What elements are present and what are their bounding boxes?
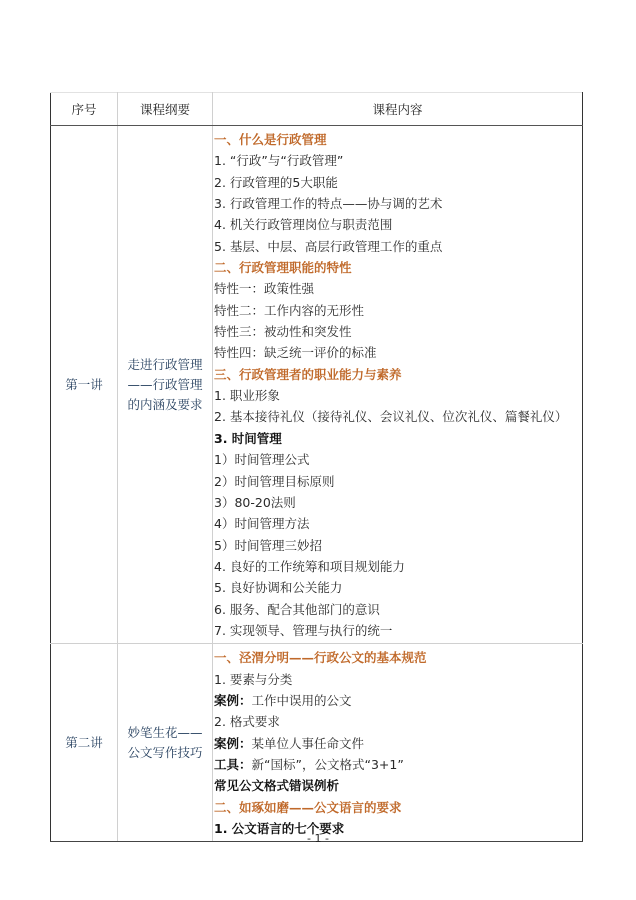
content-line: 特性二：工作内容的无形性 [214,300,582,321]
section-heading: 三、行政管理者的职业能力与素养 [214,364,582,385]
content-line: 3）80-20法则 [214,492,582,513]
content-line: 工具：新“国标”，公文格式“3+1” [214,754,582,775]
content-line: 3. 行政管理工作的特点——协与调的艺术 [214,193,582,214]
content-line: 常见公文格式错误例析 [214,775,582,796]
content-line: 6. 服务、配合其他部门的意识 [214,599,582,620]
content-line: 2. 基本接待礼仪（接待礼仪、会议礼仪、位次礼仪、篇餐礼仪） [214,406,582,427]
content-line: 1. 职业形象 [214,385,582,406]
lecture-number: 第一讲 [51,126,118,644]
section-heading: 二、行政管理职能的特性 [214,257,582,278]
line-text: 新“国标”，公文格式“3+1” [252,757,404,772]
content-line: 特性四：缺乏统一评价的标准 [214,342,582,363]
content-line: 2. 行政管理的5大职能 [214,172,582,193]
content-line: 特性三：被动性和突发性 [214,321,582,342]
section-heading: 一、什么是行政管理 [214,129,582,150]
content-line: 特性一：政策性强 [214,278,582,299]
lecture-content: 一、什么是行政管理1. “行政”与“行政管理”2. 行政管理的5大职能3. 行政… [213,126,583,644]
content-line: 1）时间管理公式 [214,449,582,470]
content-line: 5）时间管理三妙招 [214,535,582,556]
content-line: 案例：某单位人事任命文件 [214,733,582,754]
section-heading: 一、泾渭分明——行政公文的基本规范 [214,647,582,668]
lecture-number: 第二讲 [51,644,118,842]
content-line: 4. 机关行政管理岗位与职责范围 [214,214,582,235]
header-content: 课程内容 [213,93,583,126]
course-table: 序号 课程纲要 课程内容 第一讲 走进行政管理——行政管理的内涵及要求 一、什么… [50,92,583,842]
content-line: 2）时间管理目标原则 [214,471,582,492]
content-line: 5. 基层、中层、高层行政管理工作的重点 [214,236,582,257]
page-number: - 1 - [0,832,636,845]
header-index: 序号 [51,93,118,126]
content-line: 1. 要素与分类 [214,669,582,690]
line-label: 案例： [214,736,252,751]
lecture-content: 一、泾渭分明——行政公文的基本规范1. 要素与分类案例：工作中误用的公文2. 格… [213,644,583,842]
header-outline: 课程纲要 [118,93,213,126]
content-line: 5. 良好协调和公关能力 [214,577,582,598]
section-heading: 二、如琢如磨——公文语言的要求 [214,797,582,818]
content-line: 1. “行政”与“行政管理” [214,150,582,171]
content-line: 案例：工作中误用的公文 [214,690,582,711]
lecture-outline: 妙笔生花——公文写作技巧 [118,644,213,842]
content-line: 3. 时间管理 [214,428,582,449]
content-line: 7. 实现领导、管理与执行的统一 [214,620,582,641]
content-line: 4）时间管理方法 [214,513,582,534]
line-text: 某单位人事任命文件 [252,736,365,751]
line-label: 案例： [214,693,252,708]
content-line: 2. 格式要求 [214,711,582,732]
table-row: 第二讲 妙笔生花——公文写作技巧 一、泾渭分明——行政公文的基本规范1. 要素与… [51,644,583,842]
table-header-row: 序号 课程纲要 课程内容 [51,93,583,126]
line-label: 工具： [214,757,252,772]
lecture-outline: 走进行政管理——行政管理的内涵及要求 [118,126,213,644]
table-row: 第一讲 走进行政管理——行政管理的内涵及要求 一、什么是行政管理1. “行政”与… [51,126,583,644]
content-line: 4. 良好的工作统筹和项目规划能力 [214,556,582,577]
line-text: 工作中误用的公文 [252,693,352,708]
